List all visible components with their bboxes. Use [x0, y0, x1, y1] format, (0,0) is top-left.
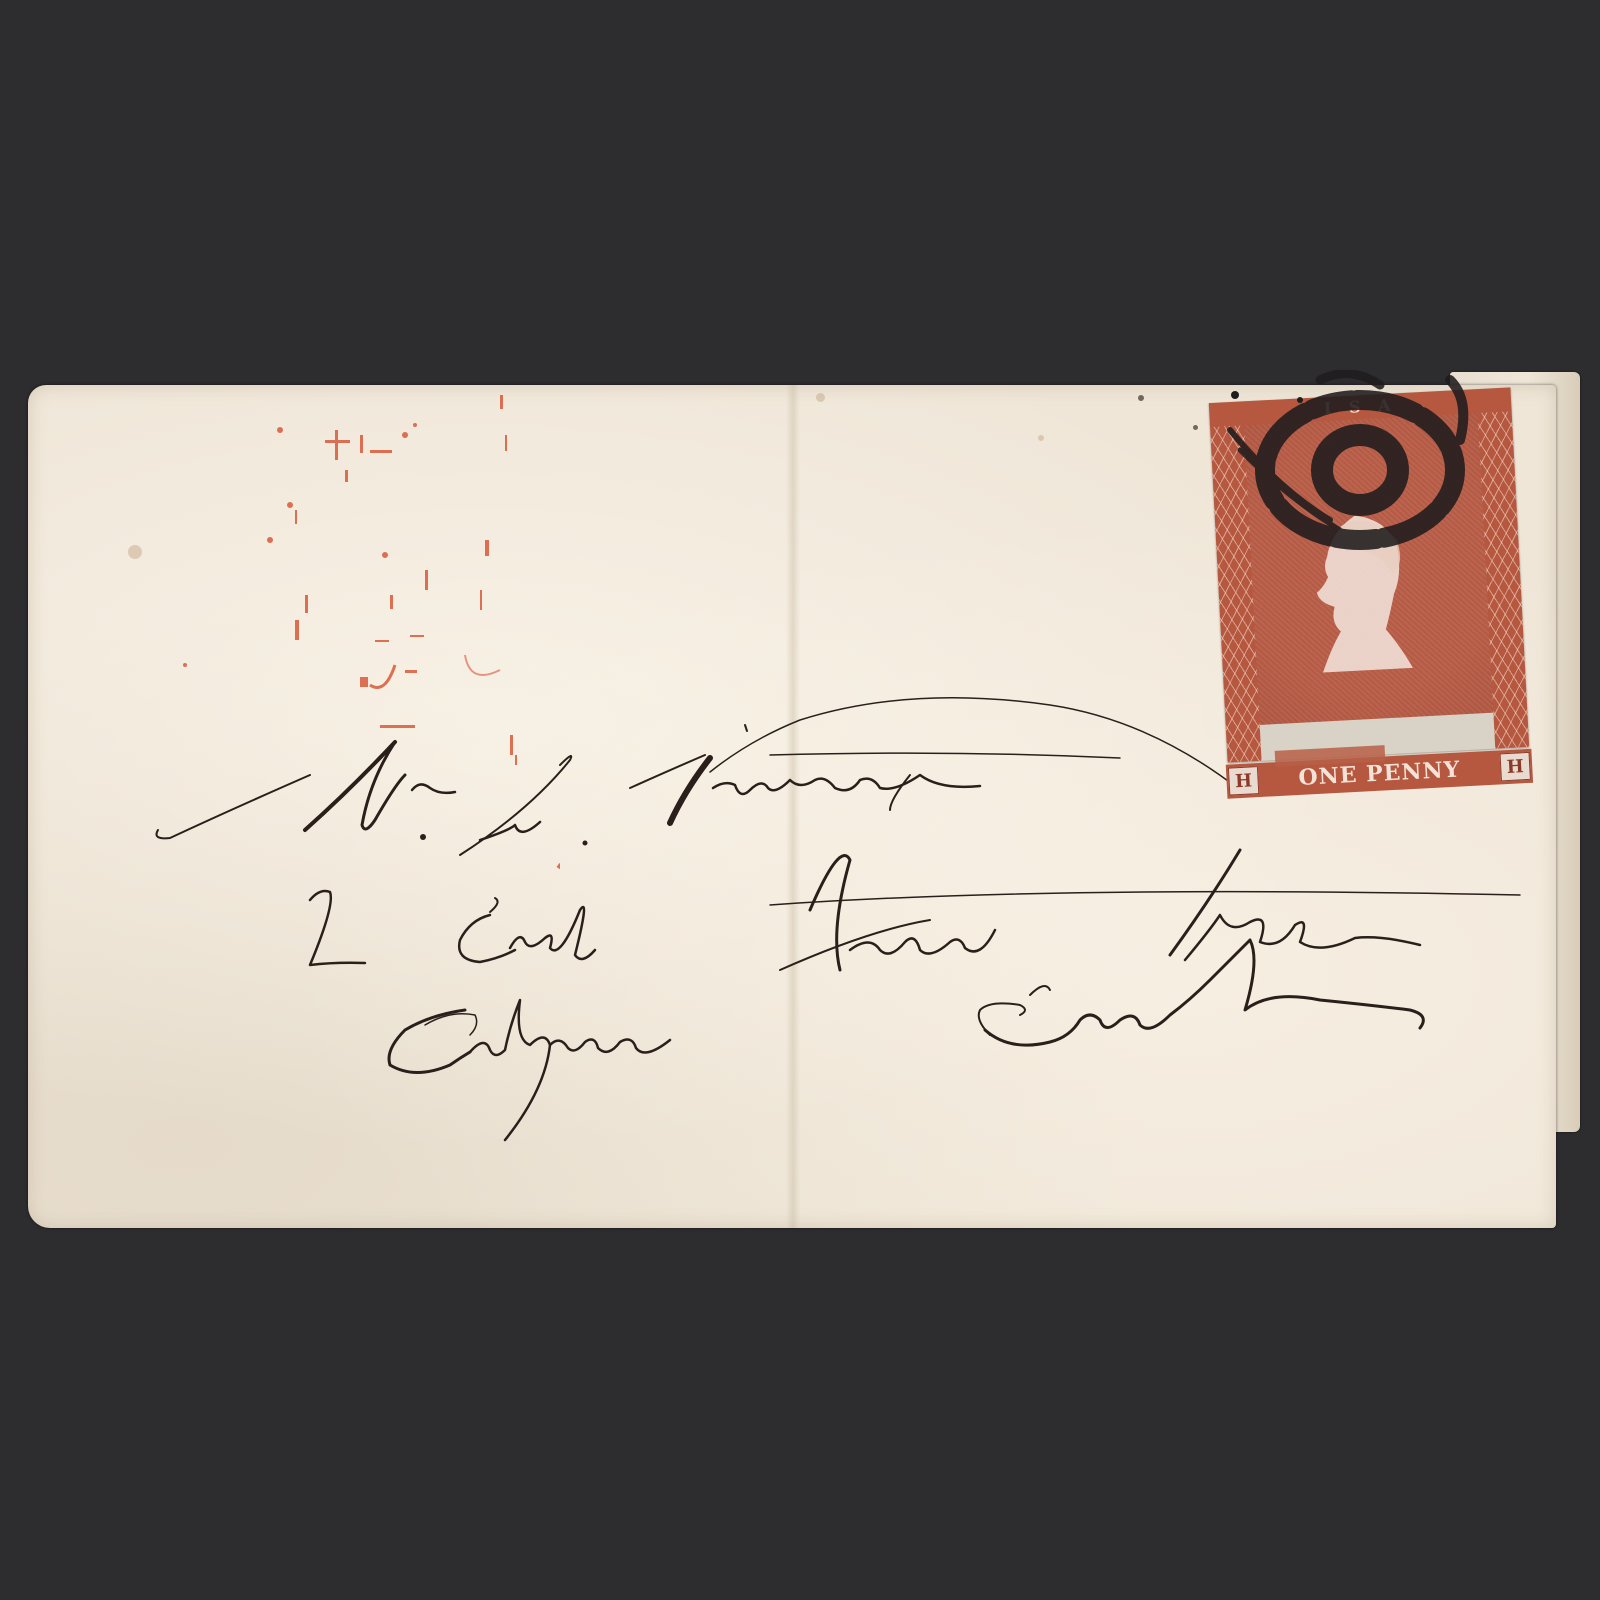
queen-victoria-portrait-icon [1284, 503, 1423, 680]
stamp-corner-letter-right: H [1500, 752, 1531, 782]
stain [1193, 425, 1198, 430]
postage-stamp: I S A H ONE PENNY H [1209, 387, 1529, 762]
stamp-corner-letter-left: H [1228, 766, 1259, 796]
stain [128, 545, 142, 559]
stain [816, 393, 825, 402]
stain [1138, 395, 1144, 401]
stain [1038, 435, 1044, 441]
